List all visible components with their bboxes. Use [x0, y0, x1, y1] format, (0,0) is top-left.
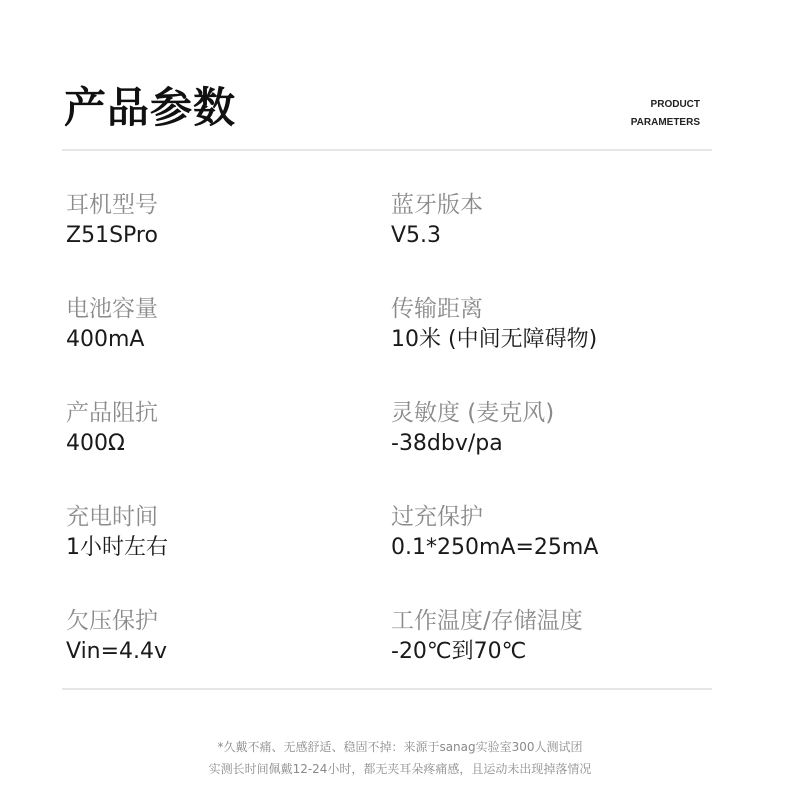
param-label: 蓝牙版本: [391, 190, 691, 220]
param-value: Vin=4.4v: [66, 636, 391, 668]
param-temperature-range: 工作温度/存储温度 -20℃到70℃: [391, 606, 691, 668]
param-label: 灵敏度 (麦克风): [391, 398, 691, 428]
page-title: 产品参数: [64, 82, 236, 134]
param-value: -38dbv/pa: [391, 428, 691, 460]
subtitle-line-1: PRODUCT: [631, 96, 700, 114]
bottom-divider: [62, 688, 712, 690]
param-label: 过充保护: [391, 502, 691, 532]
param-label: 耳机型号: [66, 190, 391, 220]
param-value: Z51SPro: [66, 220, 391, 252]
param-overcharge-protection: 过充保护 0.1*250mA=25mA: [391, 502, 691, 564]
param-value: 1小时左右: [66, 532, 391, 564]
param-label: 电池容量: [66, 294, 391, 324]
subtitle-line-2: PARAMETERS: [631, 114, 700, 132]
top-divider: [62, 149, 712, 151]
param-bluetooth-version: 蓝牙版本 V5.3: [391, 190, 691, 252]
param-mic-sensitivity: 灵敏度 (麦克风) -38dbv/pa: [391, 398, 691, 460]
param-undervoltage-protection: 欠压保护 Vin=4.4v: [66, 606, 391, 668]
footnote: *久戴不痛、无感舒适、稳固不掉：来源于sanag实验室300人测试团 实测长时间…: [0, 736, 800, 780]
param-value: 0.1*250mA=25mA: [391, 532, 691, 564]
page-subtitle: PRODUCT PARAMETERS: [631, 96, 700, 132]
parameter-grid: 耳机型号 Z51SPro 蓝牙版本 V5.3 电池容量 400mA 传输距离 1…: [66, 190, 686, 668]
param-battery-capacity: 电池容量 400mA: [66, 294, 391, 356]
param-label: 传输距离: [391, 294, 691, 324]
param-label: 充电时间: [66, 502, 391, 532]
param-value: V5.3: [391, 220, 691, 252]
param-charging-time: 充电时间 1小时左右: [66, 502, 391, 564]
footnote-line-1: *久戴不痛、无感舒适、稳固不掉：来源于sanag实验室300人测试团: [0, 736, 800, 758]
param-value: 400Ω: [66, 428, 391, 460]
param-value: 400mA: [66, 324, 391, 356]
param-label: 欠压保护: [66, 606, 391, 636]
param-label: 产品阻抗: [66, 398, 391, 428]
footnote-line-2: 实测长时间佩戴12-24小时，都无夹耳朵疼痛感，且运动未出现掉落情况: [0, 758, 800, 780]
param-model: 耳机型号 Z51SPro: [66, 190, 391, 252]
param-transmission-range: 传输距离 10米 (中间无障碍物): [391, 294, 691, 356]
param-value: -20℃到70℃: [391, 636, 691, 668]
param-label: 工作温度/存储温度: [391, 606, 691, 636]
param-impedance: 产品阻抗 400Ω: [66, 398, 391, 460]
param-value: 10米 (中间无障碍物): [391, 324, 691, 356]
